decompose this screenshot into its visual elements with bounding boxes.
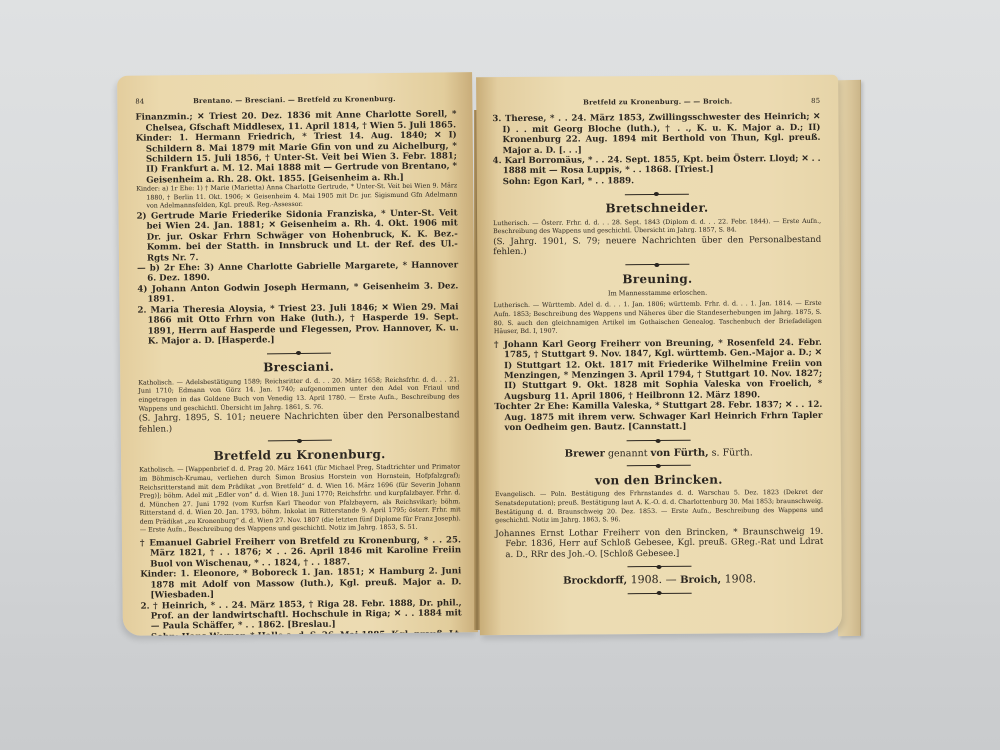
section-body: Katholisch. — [Wappenbrief d. d. Prag 20… bbox=[139, 464, 461, 536]
section-subtitle: Im Mannesstamme erloschen. bbox=[494, 288, 822, 300]
cross-reference-brockdorff: Brockdorff, 1908. — Broich, 1908. bbox=[496, 574, 824, 587]
text-line: Sohn: Egon Karl, * . . 1889. bbox=[493, 175, 821, 188]
ref-see: s. Fürth. bbox=[712, 447, 753, 458]
running-head: 84 Brentano. — Bresciani. — Bretfeld zu … bbox=[135, 94, 456, 107]
page-edges bbox=[838, 80, 861, 636]
section-note: (S. Jahrg. 1895, S. 101; neuere Nachrich… bbox=[139, 410, 460, 434]
ornament-divider bbox=[627, 438, 691, 442]
section-body: Katholisch. — Adelsbestätigung 1589; Rei… bbox=[138, 376, 459, 414]
text-line: 3. Therese, * . . 24. März 1853, Zwillin… bbox=[492, 112, 820, 156]
ref-rest: von Fürth, bbox=[650, 447, 708, 458]
section-title-bretfeld: Bretfeld zu Kronenburg. bbox=[139, 449, 460, 462]
section-title-breuning: Breuning. bbox=[493, 274, 821, 286]
section-note: (S. Jahrg. 1901, S. 79; neuere Nachricht… bbox=[493, 235, 821, 258]
ornament-divider bbox=[267, 439, 331, 444]
ref-year: 1908. bbox=[631, 573, 663, 586]
page-number: 84 bbox=[135, 98, 144, 108]
section-title-bretschneider: Bretschneider. bbox=[493, 203, 821, 215]
genealogy-entry: † Johann Karl Georg Freiherr von Breunin… bbox=[494, 338, 822, 403]
ref-brockdorff: Brockdorff, bbox=[563, 575, 627, 586]
text-line: Kinder: a) 1r Ehe: 1) † Marie (Marietta)… bbox=[136, 183, 457, 212]
running-head-title: Bretfeld zu Kronenburg. — — Broich. bbox=[504, 97, 811, 109]
running-head-title: Brentano. — Bresciani. — Bretfeld zu Kro… bbox=[144, 94, 444, 107]
right-page: Bretfeld zu Kronenburg. — — Broich. 85 3… bbox=[476, 75, 842, 636]
ref-broich: Broich, bbox=[680, 574, 721, 585]
genealogy-entry: † Emanuel Gabriel Freiherr von Bretfeld … bbox=[140, 535, 461, 570]
ornament-divider bbox=[625, 192, 689, 196]
text-line: 2) Gertrude Marie Friederike Sidonia Fra… bbox=[137, 208, 459, 263]
section-body: Evangelisch. — Poln. Bestätigung des Frh… bbox=[495, 489, 823, 526]
text-line: 2. Maria Theresia Aloysia, * Triest 23. … bbox=[137, 302, 458, 347]
ref-year: 1908. bbox=[725, 572, 757, 585]
running-head: Bretfeld zu Kronenburg. — — Broich. 85 bbox=[492, 97, 820, 109]
section-title-brincken: von den Brincken. bbox=[495, 475, 823, 487]
ornament-divider bbox=[627, 565, 691, 569]
ornament-divider bbox=[627, 464, 691, 468]
genealogy-entry: Johannes Ernst Lothar Freiherr von den B… bbox=[495, 527, 823, 561]
section-title-bresciani: Bresciani. bbox=[138, 362, 459, 375]
ref-name: Brewer bbox=[565, 448, 605, 459]
ornament-divider bbox=[628, 591, 692, 595]
cross-reference-brewer: Brewer genannt von Fürth, s. Fürth. bbox=[495, 447, 823, 459]
text-line: Kinder: 1. Hermann Friedrich, * Triest 1… bbox=[136, 131, 458, 186]
ornament-divider bbox=[266, 351, 330, 356]
left-page: 84 Brentano. — Bresciani. — Bretfeld zu … bbox=[117, 72, 478, 636]
genealogy-entry: Kinder: 1. Eleonore, * Boboreck 1. Jan. … bbox=[140, 567, 461, 602]
genealogy-entry: 2. † Heinrich, * . . 24. März 1853, † Ri… bbox=[141, 598, 462, 633]
ornament-divider bbox=[625, 262, 689, 266]
open-book: 84 Brentano. — Bresciani. — Bretfeld zu … bbox=[0, 0, 1000, 750]
ref-dash: — bbox=[666, 573, 677, 586]
genealogy-entry: Tochter 2r Ehe: Kamilla Valeska, * Stutt… bbox=[494, 400, 822, 434]
text-line: 4. Karl Borromäus, * . . 24. Sept. 1855,… bbox=[493, 154, 821, 177]
page-number: 85 bbox=[811, 97, 820, 106]
ref-middle: genannt bbox=[608, 448, 648, 459]
section-body: Lutherisch. — Württemb. Adel d. d. . . 1… bbox=[494, 300, 822, 337]
